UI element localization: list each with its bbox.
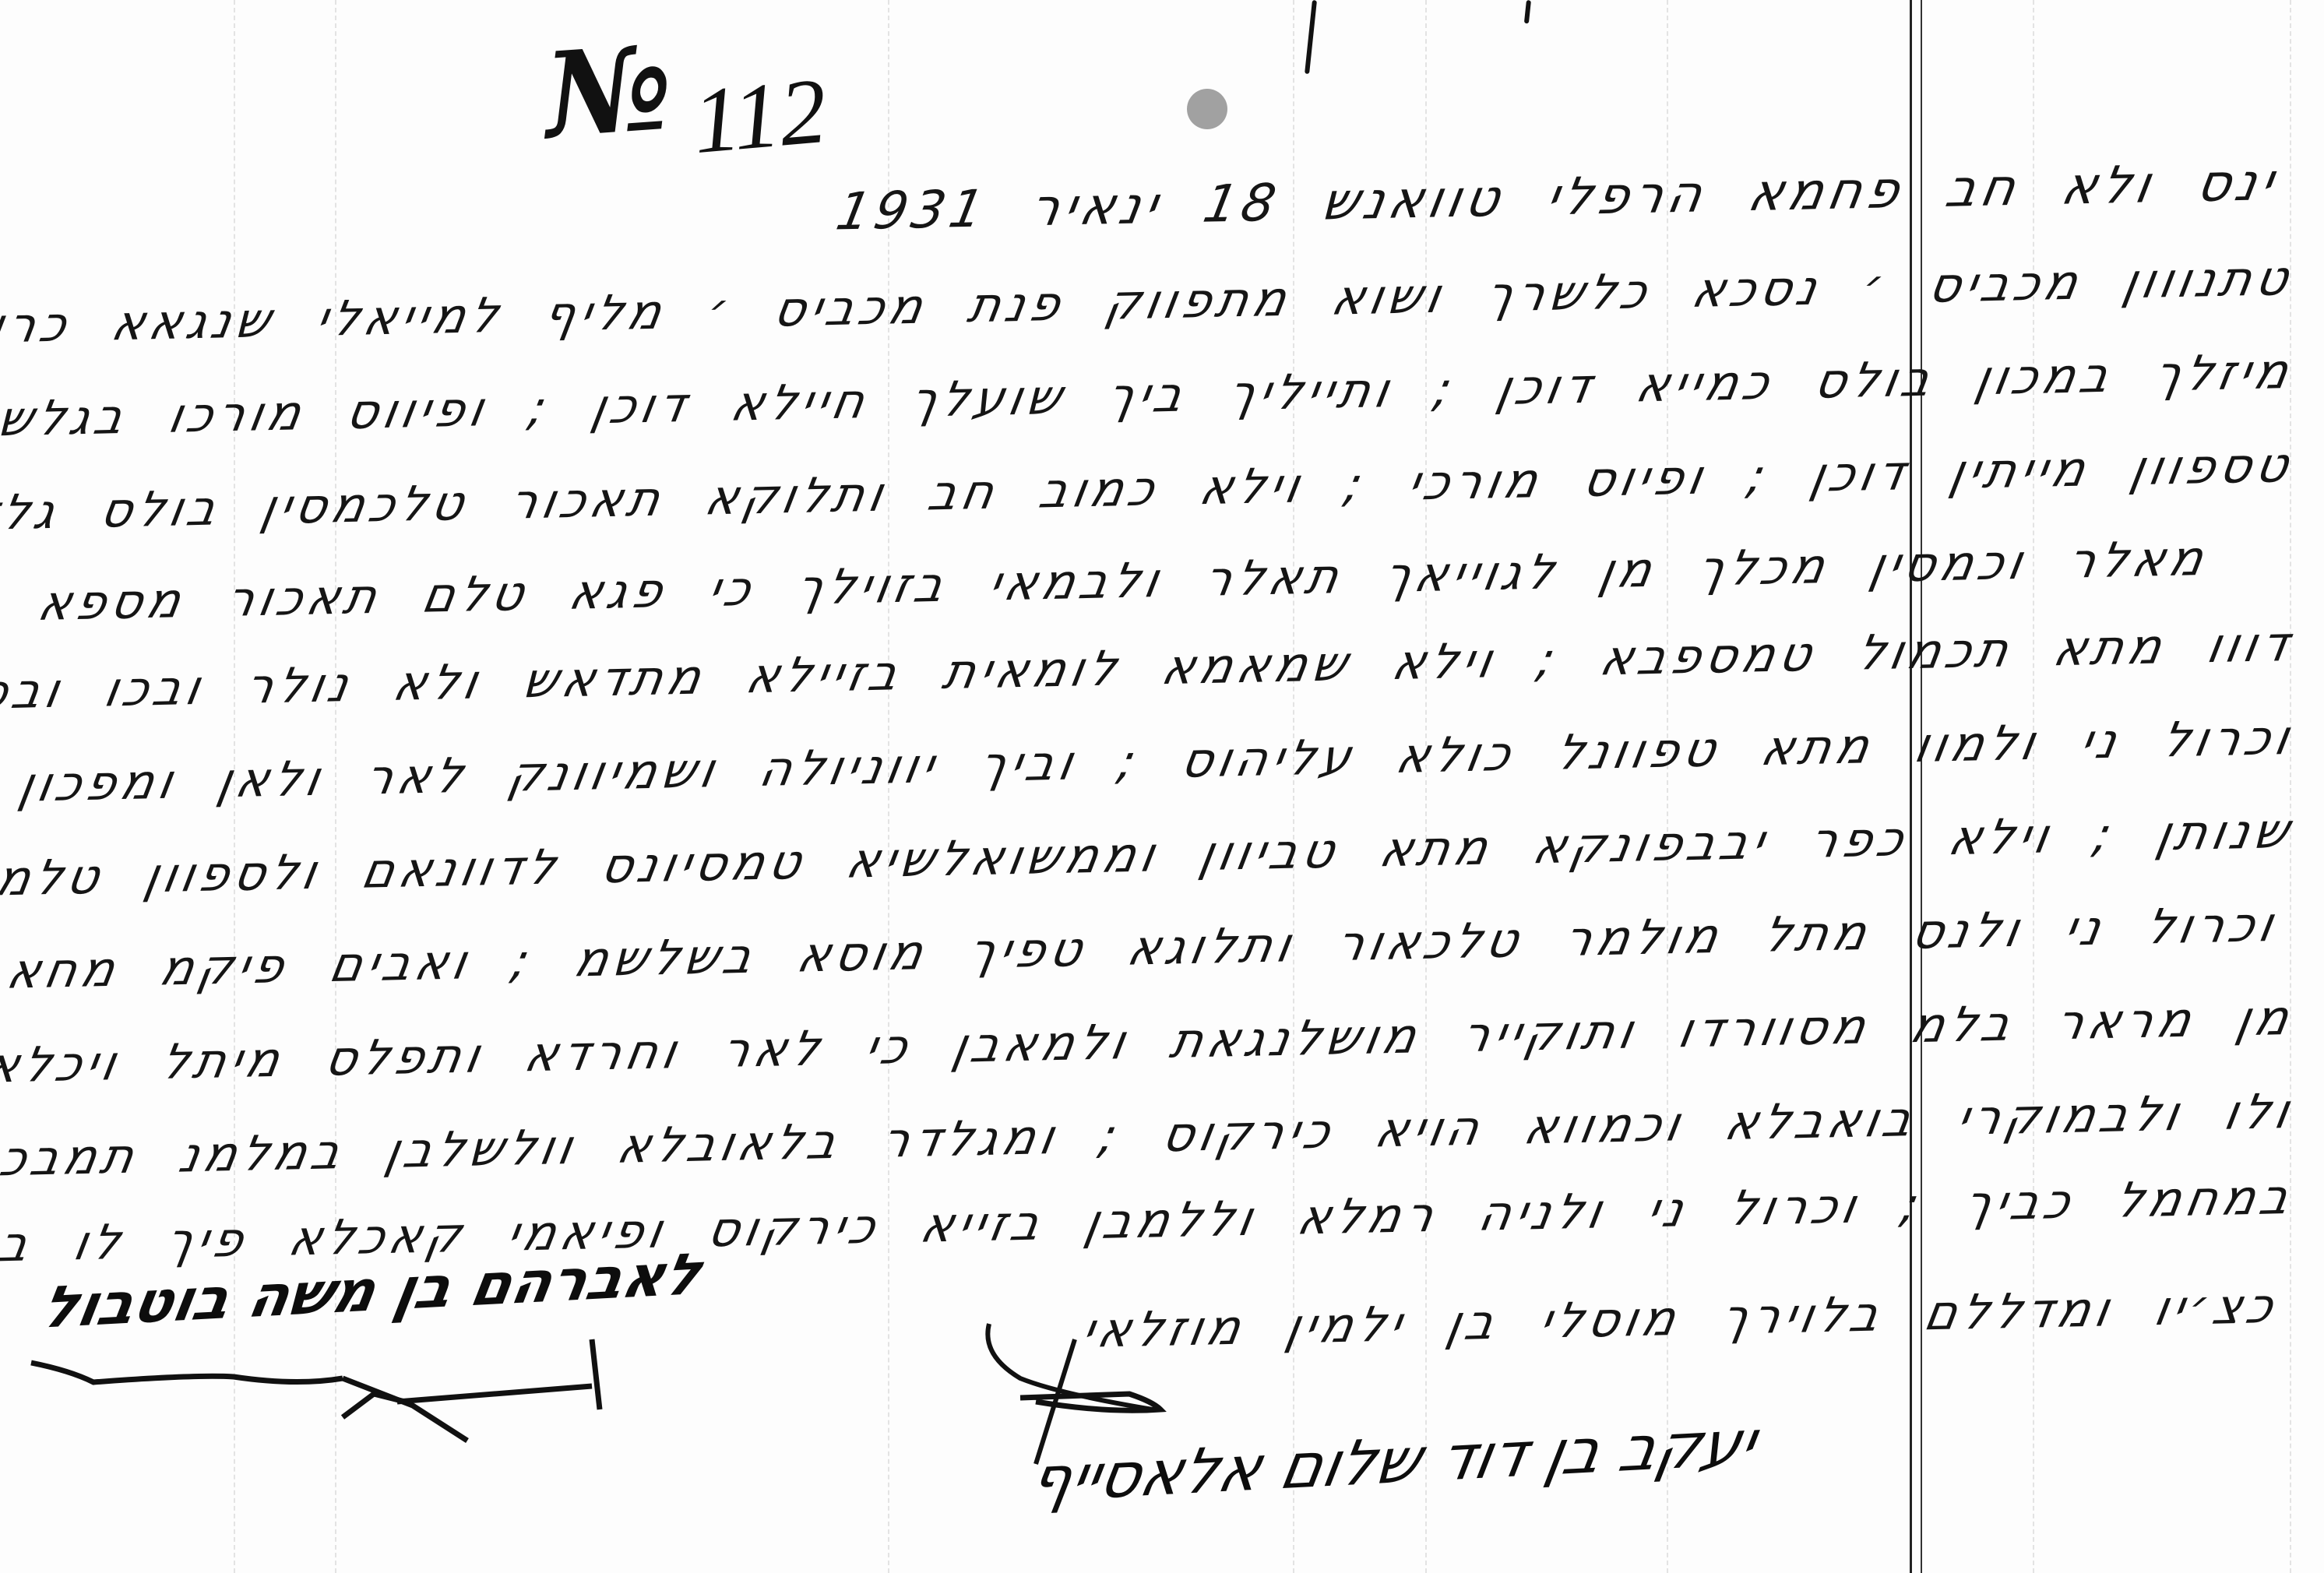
scanned-letter-page: № 112 ינס ולא חב פחמא הרפלי טוואנש 18 ינ… [0,0,2324,1573]
document-number-sign: № [541,19,680,164]
letter-line-11: ולו ולבמוקרי בואבלא וכמווא הויא כירקוס ;… [0,1082,2298,1190]
document-number: 112 [688,57,830,175]
letter-line-5: מאלר וכמסין מכלך מן לגוייאך תאלר ולבמאי … [33,530,2213,632]
letter-line-8: שנותן ; וילא כפר יבבפונקא מתא טביוון וממ… [0,802,2298,913]
letter-line-1: ינס ולא חב פחמא הרפלי טוואנש 18 ינאיר 19… [832,152,2284,242]
letter-line-7: וכרול ני ולמוו מתא טפוונל כולא עליהוס ; … [0,709,2298,821]
pen-stroke [1305,0,1317,74]
pen-stroke [1524,0,1531,23]
letter-line-9: וכרול ני ולנס מתל מולמר טלכאור ותלוגא טפ… [0,896,2283,1005]
ruling-line [2290,0,2291,1573]
signature-3: יעקב בן דוד שלום אלאסייף [1024,1406,1762,1516]
letter-line-6: דווו מתא תכמול טמספבא ; וילא שמאמא לומאי… [0,615,2298,725]
letter-line-2: טתנווון מכביס ׳ נסכא כלשרך ושוא מתפווק פ… [0,249,2298,358]
letter-line-10: מן מראר בלמ מסוורדו ותוקייר מושלנגאת ולמ… [0,989,2298,1096]
letter-line-3: מיזלך במכון בולס כמייא דוכן ; ותייליך בי… [0,343,2298,455]
letter-line-13: כצ׳יו ומדללם בלוירך מוסלי בן ילמין מוזלא… [1078,1277,2283,1359]
letter-line-4: טספוון מייתין דוכן ; ופיוס מורכי ; וילא … [0,436,2298,547]
